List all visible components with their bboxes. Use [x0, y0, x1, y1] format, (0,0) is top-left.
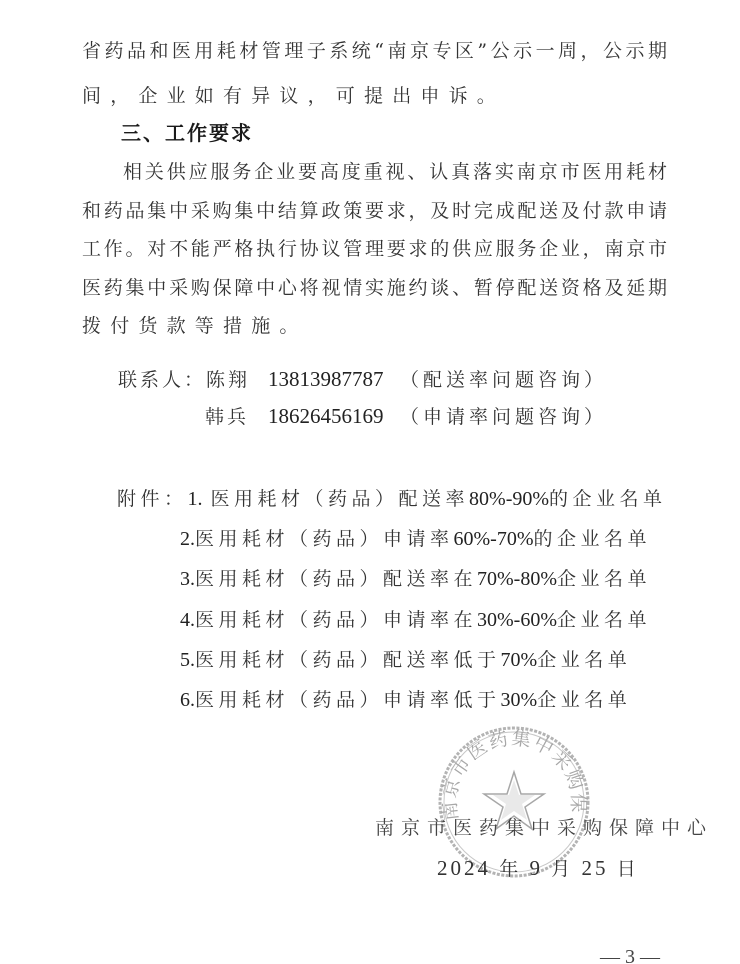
- attachment-prefix: 医用耗材（药品）配送率低于: [195, 649, 501, 671]
- attachment-index: 2.: [180, 528, 195, 550]
- issuing-organization: 南京市医药集中采购保障中心: [375, 816, 713, 840]
- date-day-unit: 日: [617, 858, 639, 880]
- page-number: — 3 —: [600, 945, 660, 964]
- attachment-range: 30%-60%: [477, 609, 557, 631]
- contact-phone-row: 18626456169: [268, 404, 384, 429]
- attachment-index: 3.: [180, 568, 195, 590]
- contact-label: 联系人：: [118, 369, 206, 391]
- attachment-prefix: 医用耗材（药品）配送率: [211, 488, 470, 510]
- attachment-index: 6.: [180, 689, 195, 711]
- attachment-prefix: 医用耗材（药品）申请率在: [195, 609, 477, 631]
- date-month: 9: [530, 856, 544, 880]
- attachment-prefix: 医用耗材（药品）配送率在: [195, 568, 477, 590]
- issue-date: 2024 年 9 月 25 日: [437, 856, 639, 881]
- svg-text:南京市医药集中采购保障中心: 南京市医药集中采购保障中心: [436, 724, 589, 822]
- attachment-item: 5.医用耗材（药品）配送率低于70%企业名单: [180, 648, 631, 672]
- attachment-item: 2.医用耗材（药品）申请率60%-70%的企业名单: [180, 527, 651, 551]
- attachment-suffix: 企业名单: [537, 649, 631, 671]
- contact-row: 联系人：陈翔: [118, 368, 250, 392]
- attachment-range: 60%-70%: [454, 528, 534, 550]
- attachment-suffix: 企业名单: [557, 568, 651, 590]
- attachment-item: 附件：1.医用耗材（药品）配送率80%-90%的企业名单: [117, 487, 667, 511]
- contact-name: 陈翔: [206, 369, 250, 391]
- attachment-range: 70%-80%: [477, 568, 557, 590]
- attachment-item: 4.医用耗材（药品）申请率在30%-60%企业名单: [180, 608, 651, 632]
- attachment-index: 4.: [180, 609, 195, 631]
- contact-row: 韩兵: [205, 405, 249, 429]
- attachment-suffix: 的企业名单: [534, 528, 652, 550]
- paragraph-line: 和药品集中采购集中结算政策要求，及时完成配送及付款申请: [82, 199, 667, 223]
- paragraph-line: 拨付货款等措施。: [82, 314, 308, 338]
- attachment-index: 1.: [188, 488, 203, 510]
- contact-note-row: （配送率问题咨询）: [400, 368, 607, 392]
- attachment-suffix: 企业名单: [557, 609, 651, 631]
- attachment-suffix: 的企业名单: [549, 488, 667, 510]
- paragraph-line: 间，企业如有异议，可提出申诉。: [82, 84, 505, 108]
- contact-phone-row: 13813987787: [268, 367, 384, 392]
- contact-note: （配送率问题咨询）: [400, 369, 607, 391]
- contact-phone: 18626456169: [268, 404, 384, 428]
- attachment-index: 5.: [180, 649, 195, 671]
- attachment-prefix: 医用耗材（药品）申请率低于: [195, 689, 501, 711]
- attachment-range: 80%-90%: [469, 488, 549, 510]
- attachment-range: 30%: [501, 689, 538, 711]
- attachment-item: 3.医用耗材（药品）配送率在70%-80%企业名单: [180, 567, 651, 591]
- attachment-suffix: 企业名单: [537, 689, 631, 711]
- date-year: 2024: [437, 856, 491, 880]
- paragraph-line: 医药集中采购保障中心将视情实施约谈、暂停配送资格及延期: [82, 276, 667, 300]
- date-day: 25: [582, 856, 609, 880]
- attachment-prefix: 医用耗材（药品）申请率: [195, 528, 454, 550]
- paragraph-line: 省药品和医用耗材管理子系统“南京专区”公示一周，公示期: [82, 39, 667, 63]
- paragraph-line: 相关供应服务企业要高度重视、认真落实南京市医用耗材: [123, 160, 667, 184]
- paragraph-line: 工作。对不能严格执行协议管理要求的供应服务企业，南京市: [82, 237, 667, 261]
- contact-name: 韩兵: [205, 406, 249, 428]
- date-month-unit: 月: [551, 858, 573, 880]
- date-year-unit: 年: [499, 858, 521, 880]
- document-page: 省药品和医用耗材管理子系统“南京专区”公示一周，公示期 间，企业如有异议，可提出…: [0, 0, 740, 964]
- attachment-range: 70%: [501, 649, 538, 671]
- contact-note-row: （申请率问题咨询）: [400, 405, 607, 429]
- contact-phone: 13813987787: [268, 367, 384, 391]
- contact-note: （申请率问题咨询）: [400, 406, 607, 428]
- section-heading: 三、工作要求: [121, 121, 253, 145]
- attachment-item: 6.医用耗材（药品）申请率低于30%企业名单: [180, 688, 631, 712]
- attachments-label: 附件：: [117, 488, 188, 510]
